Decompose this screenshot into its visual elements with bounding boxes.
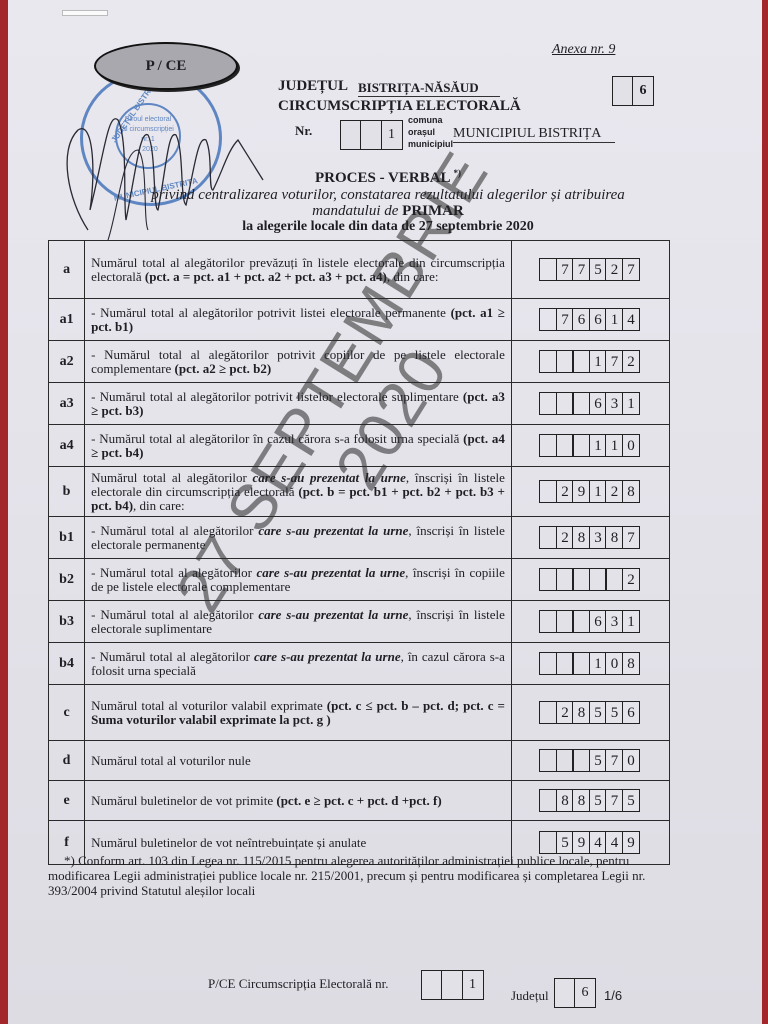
row-value: 76614	[511, 299, 669, 341]
locality-value: MUNICIPIUL BISTRIȚA	[453, 126, 615, 143]
document-title: PROCES - VERBAL *)	[8, 168, 768, 187]
digit-box: 7	[622, 526, 640, 549]
row-value: 110	[511, 425, 669, 467]
digit-box: 7	[556, 308, 574, 331]
row-value: 172	[511, 341, 669, 383]
table-row: bNumărul total al alegătorilor care s-au…	[49, 467, 670, 517]
digit-boxes: 59449	[513, 831, 668, 854]
desc-text: Numărul buletinelor de vot neîntrebuința…	[91, 835, 366, 850]
desc-formula: (pct. a2 ≥ pct. b2)	[175, 361, 272, 376]
digit-box: 4	[589, 831, 607, 854]
row-code: a3	[49, 383, 85, 425]
digit-box	[539, 749, 557, 772]
row-code: b	[49, 467, 85, 517]
row-description: Numărul buletinelor de vot primite (pct.…	[85, 781, 512, 821]
digit-box: 9	[572, 831, 590, 854]
digit-box: 5	[622, 789, 640, 812]
digit-box: 5	[589, 258, 607, 281]
desc-text: Numărul buletinelor de vot primite	[91, 793, 273, 808]
digit-box: 3	[589, 526, 607, 549]
table-row: cNumărul total al voturilor valabil expr…	[49, 685, 670, 741]
digit-box	[572, 652, 590, 675]
digit-box: 4	[622, 308, 640, 331]
nr-label: Nr.	[295, 123, 312, 139]
digit-box	[556, 749, 574, 772]
election-date-line: la alegerile locale din data de 27 septe…	[8, 219, 768, 235]
locality-type: municipiul	[408, 138, 453, 150]
row-description: - Numărul total al alegătorilor în cazul…	[85, 425, 512, 467]
digit-boxes: 28387	[513, 526, 668, 549]
digit-box: 0	[605, 652, 623, 675]
digit-box	[556, 392, 574, 415]
digit-box: 5	[589, 789, 607, 812]
digit-box	[539, 789, 557, 812]
digit-box	[605, 568, 623, 591]
row-description: Numărul total al alegătorilor care s-au …	[85, 467, 512, 517]
digit-box: 8	[556, 789, 574, 812]
digit-box: 6	[622, 701, 640, 724]
desc-text: - Numărul total al alegătorilor potrivit…	[91, 347, 505, 376]
judet-label: JUDEȚUL	[278, 78, 348, 95]
row-value: 28556	[511, 685, 669, 741]
row-description: - Numărul total al alegătorilor potrivit…	[85, 299, 512, 341]
pce-stamp-label: P / CE	[94, 42, 238, 90]
digit-box	[572, 434, 590, 457]
digit-box: 4	[605, 831, 623, 854]
table-row: b4- Numărul total al alegătorilor care s…	[49, 643, 670, 685]
row-value: 631	[511, 383, 669, 425]
digit-box: 0	[622, 434, 640, 457]
digit-boxes: 28556	[513, 701, 668, 724]
tape-strip	[62, 10, 108, 16]
row-code: a1	[49, 299, 85, 341]
digit-box: 1	[622, 392, 640, 415]
digit-boxes: 570	[513, 749, 668, 772]
digit-box: 1	[589, 350, 607, 373]
table-row: a2- Numărul total al alegătorilor potriv…	[49, 341, 670, 383]
digit-box: 6	[574, 978, 596, 1008]
digit-box	[539, 434, 557, 457]
digit-box	[572, 350, 590, 373]
digit-box: 1	[381, 120, 403, 150]
desc-text: - Numărul total al alegătorilor	[91, 649, 250, 664]
row-description: Numărul total al voturilor nule	[85, 741, 512, 781]
desc-emphasis: care s-au prezentat la urne	[258, 607, 408, 622]
digit-box	[572, 568, 590, 591]
locality-type: comuna	[408, 114, 453, 126]
row-code: b4	[49, 643, 85, 685]
digit-box: 8	[622, 652, 640, 675]
digit-box: 2	[556, 480, 574, 503]
row-code: a4	[49, 425, 85, 467]
digit-box: 2	[556, 701, 574, 724]
row-value: 108	[511, 643, 669, 685]
digit-box: 1	[589, 480, 607, 503]
desc-text: - Numărul total al alegătorilor	[91, 523, 253, 538]
digit-box: 7	[556, 258, 574, 281]
table-row: a4- Numărul total al alegătorilor în caz…	[49, 425, 670, 467]
locality-type-list: comuna orașul municipiul	[408, 114, 453, 150]
digit-box	[556, 610, 574, 633]
row-code: b3	[49, 601, 85, 643]
circumscription-label: CIRCUMSCRIPȚIA ELECTORALĂ	[278, 98, 521, 115]
row-code: d	[49, 741, 85, 781]
digit-box: 1	[589, 434, 607, 457]
digit-box: 8	[572, 789, 590, 812]
document-page: Anexa nr. 9 JUDEȚUL BISTRIȚA-NĂSĂUD Biro…	[8, 0, 762, 1024]
digit-box	[556, 434, 574, 457]
title-subtitle: privind centralizarea voturilor, constat…	[8, 187, 768, 204]
table-row: a1- Numărul total al alegătorilor potriv…	[49, 299, 670, 341]
digit-boxes: 2	[513, 568, 668, 591]
row-description: - Numărul total al alegătorilor care s-a…	[85, 559, 512, 601]
digit-box: 5	[556, 831, 574, 854]
table-row: b3- Numărul total al alegătorilor care s…	[49, 601, 670, 643]
row-description: - Numărul total al alegătorilor potrivit…	[85, 341, 512, 383]
title-mandate: mandatului de PRIMAR	[8, 203, 768, 220]
digit-boxes: 631	[513, 610, 668, 633]
desc-emphasis: care s-au prezentat la urne	[254, 649, 401, 664]
digit-boxes: 29128	[513, 480, 668, 503]
circumscription-number-boxes: 1	[341, 120, 403, 150]
digit-box: 8	[605, 526, 623, 549]
row-code: b1	[49, 517, 85, 559]
judet-code-boxes: 6	[613, 76, 654, 106]
digit-box	[539, 831, 557, 854]
digit-box: 8	[572, 701, 590, 724]
digit-box	[612, 76, 634, 106]
table-row: a3- Numărul total al alegătorilor potriv…	[49, 383, 670, 425]
desc-formula: (pct. a = pct. a1 + pct. a2 + pct. a3 + …	[145, 269, 387, 284]
row-description: - Numărul total al alegătorilor care s-a…	[85, 601, 512, 643]
footer-circumscription-boxes: 1	[422, 970, 484, 1000]
desc-suffix: , din care:	[387, 269, 439, 284]
digit-box	[589, 568, 607, 591]
digit-box	[441, 970, 463, 1000]
digit-box: 9	[572, 480, 590, 503]
digit-box	[572, 749, 590, 772]
digit-box	[539, 308, 557, 331]
row-value: 2	[511, 559, 669, 601]
digit-boxes: 76614	[513, 308, 668, 331]
table-row: eNumărul buletinelor de vot primite (pct…	[49, 781, 670, 821]
digit-box: 1	[605, 308, 623, 331]
digit-box: 7	[622, 258, 640, 281]
row-code: a	[49, 241, 85, 299]
digit-box: 6	[632, 76, 654, 106]
digit-box	[539, 480, 557, 503]
digit-boxes: 77527	[513, 258, 668, 281]
digit-box: 6	[589, 308, 607, 331]
digit-box: 7	[605, 789, 623, 812]
desc-formula: (pct. e ≥ pct. c + pct. d +pct. f)	[276, 793, 441, 808]
digit-box	[539, 701, 557, 724]
row-description: - Numărul total al alegătorilor potrivit…	[85, 383, 512, 425]
digit-boxes: 631	[513, 392, 668, 415]
row-code: c	[49, 685, 85, 741]
digit-box: 7	[572, 258, 590, 281]
digit-box	[572, 392, 590, 415]
footnote: *) Conform art. 103 din Legea nr. 115/20…	[48, 853, 688, 898]
digit-box: 1	[462, 970, 484, 1000]
desc-text: - Numărul total al alegătorilor potrivit…	[91, 305, 446, 320]
digit-box	[556, 652, 574, 675]
table-row: aNumărul total al alegătorilor prevăzuți…	[49, 241, 670, 299]
mandate-prefix: mandatului de	[312, 203, 398, 219]
digit-box: 5	[589, 749, 607, 772]
digit-box: 8	[572, 526, 590, 549]
digit-box: 1	[605, 434, 623, 457]
digit-boxes: 110	[513, 434, 668, 457]
digit-box: 2	[605, 480, 623, 503]
digit-box	[539, 350, 557, 373]
digit-box	[360, 120, 382, 150]
row-description: Numărul total al voturilor valabil expri…	[85, 685, 512, 741]
desc-emphasis: care s-au prezentat la urne	[252, 470, 405, 485]
judet-value: BISTRIȚA-NĂSĂUD	[358, 80, 500, 97]
footer-circumscription-label: P/CE Circumscripția Electorală nr.	[208, 976, 389, 992]
digit-box: 2	[622, 350, 640, 373]
digit-box: 9	[622, 831, 640, 854]
digit-box	[539, 610, 557, 633]
digit-box	[554, 978, 576, 1008]
table-row: b1- Numărul total al alegătorilor care s…	[49, 517, 670, 559]
mandate-type: PRIMAR	[402, 203, 464, 219]
digit-box	[340, 120, 362, 150]
row-code: e	[49, 781, 85, 821]
row-value: 29128	[511, 467, 669, 517]
digit-box: 6	[589, 392, 607, 415]
digit-box	[539, 526, 557, 549]
digit-box: 6	[589, 610, 607, 633]
digit-box: 7	[605, 350, 623, 373]
desc-text: Numărul total al voturilor valabil expri…	[91, 698, 323, 713]
row-description: - Numărul total al alegătorilor care s-a…	[85, 517, 512, 559]
digit-boxes: 108	[513, 652, 668, 675]
digit-box: 7	[605, 749, 623, 772]
row-value: 88575	[511, 781, 669, 821]
annex-label: Anexa nr. 9	[552, 42, 615, 58]
digit-box: 5	[605, 701, 623, 724]
desc-text: - Numărul total al alegătorilor în cazul…	[91, 431, 459, 446]
digit-box	[539, 258, 557, 281]
locality-type: orașul	[408, 126, 453, 138]
row-value: 77527	[511, 241, 669, 299]
desc-emphasis: care s-au prezentat la urne	[257, 565, 406, 580]
digit-box: 0	[622, 749, 640, 772]
desc-text: Numărul total al alegătorilor	[91, 470, 247, 485]
row-code: b2	[49, 559, 85, 601]
digit-box: 1	[589, 652, 607, 675]
footer-judet-boxes: 6	[555, 978, 596, 1008]
digit-boxes: 172	[513, 350, 668, 373]
desc-text: Numărul total al voturilor nule	[91, 753, 251, 768]
desc-text: - Numărul total al alegătorilor	[91, 565, 252, 580]
page-number: 1/6	[604, 988, 622, 1003]
footer-judet-label: Județul	[511, 988, 549, 1004]
digit-box: 2	[605, 258, 623, 281]
row-value: 570	[511, 741, 669, 781]
digit-box: 1	[622, 610, 640, 633]
digit-box: 2	[556, 526, 574, 549]
digit-box: 6	[572, 308, 590, 331]
digit-box	[539, 568, 557, 591]
desc-emphasis: care s-au prezentat la urne	[258, 523, 408, 538]
digit-box: 8	[622, 480, 640, 503]
desc-text: - Numărul total al alegătorilor potrivit…	[91, 389, 459, 404]
digit-box: 3	[605, 610, 623, 633]
digit-box	[539, 652, 557, 675]
digit-box	[556, 568, 574, 591]
table-row: dNumărul total al voturilor nule570	[49, 741, 670, 781]
row-description: Numărul total al alegătorilor prevăzuți …	[85, 241, 512, 299]
digit-box	[556, 350, 574, 373]
desc-text: - Numărul total al alegătorilor	[91, 607, 253, 622]
results-table: aNumărul total al alegătorilor prevăzuți…	[48, 240, 670, 865]
footnote-mark: *)	[454, 168, 462, 178]
row-value: 631	[511, 601, 669, 643]
row-code: a2	[49, 341, 85, 383]
digit-box	[572, 610, 590, 633]
table-row: b2- Numărul total al alegătorilor care s…	[49, 559, 670, 601]
digit-box: 5	[589, 701, 607, 724]
row-description: - Numărul total al alegătorilor care s-a…	[85, 643, 512, 685]
digit-box: 2	[622, 568, 640, 591]
row-value: 28387	[511, 517, 669, 559]
digit-box	[539, 392, 557, 415]
digit-box	[421, 970, 443, 1000]
title-main: PROCES - VERBAL	[315, 170, 450, 186]
desc-suffix: , din care:	[133, 498, 185, 513]
digit-boxes: 88575	[513, 789, 668, 812]
digit-box: 3	[605, 392, 623, 415]
